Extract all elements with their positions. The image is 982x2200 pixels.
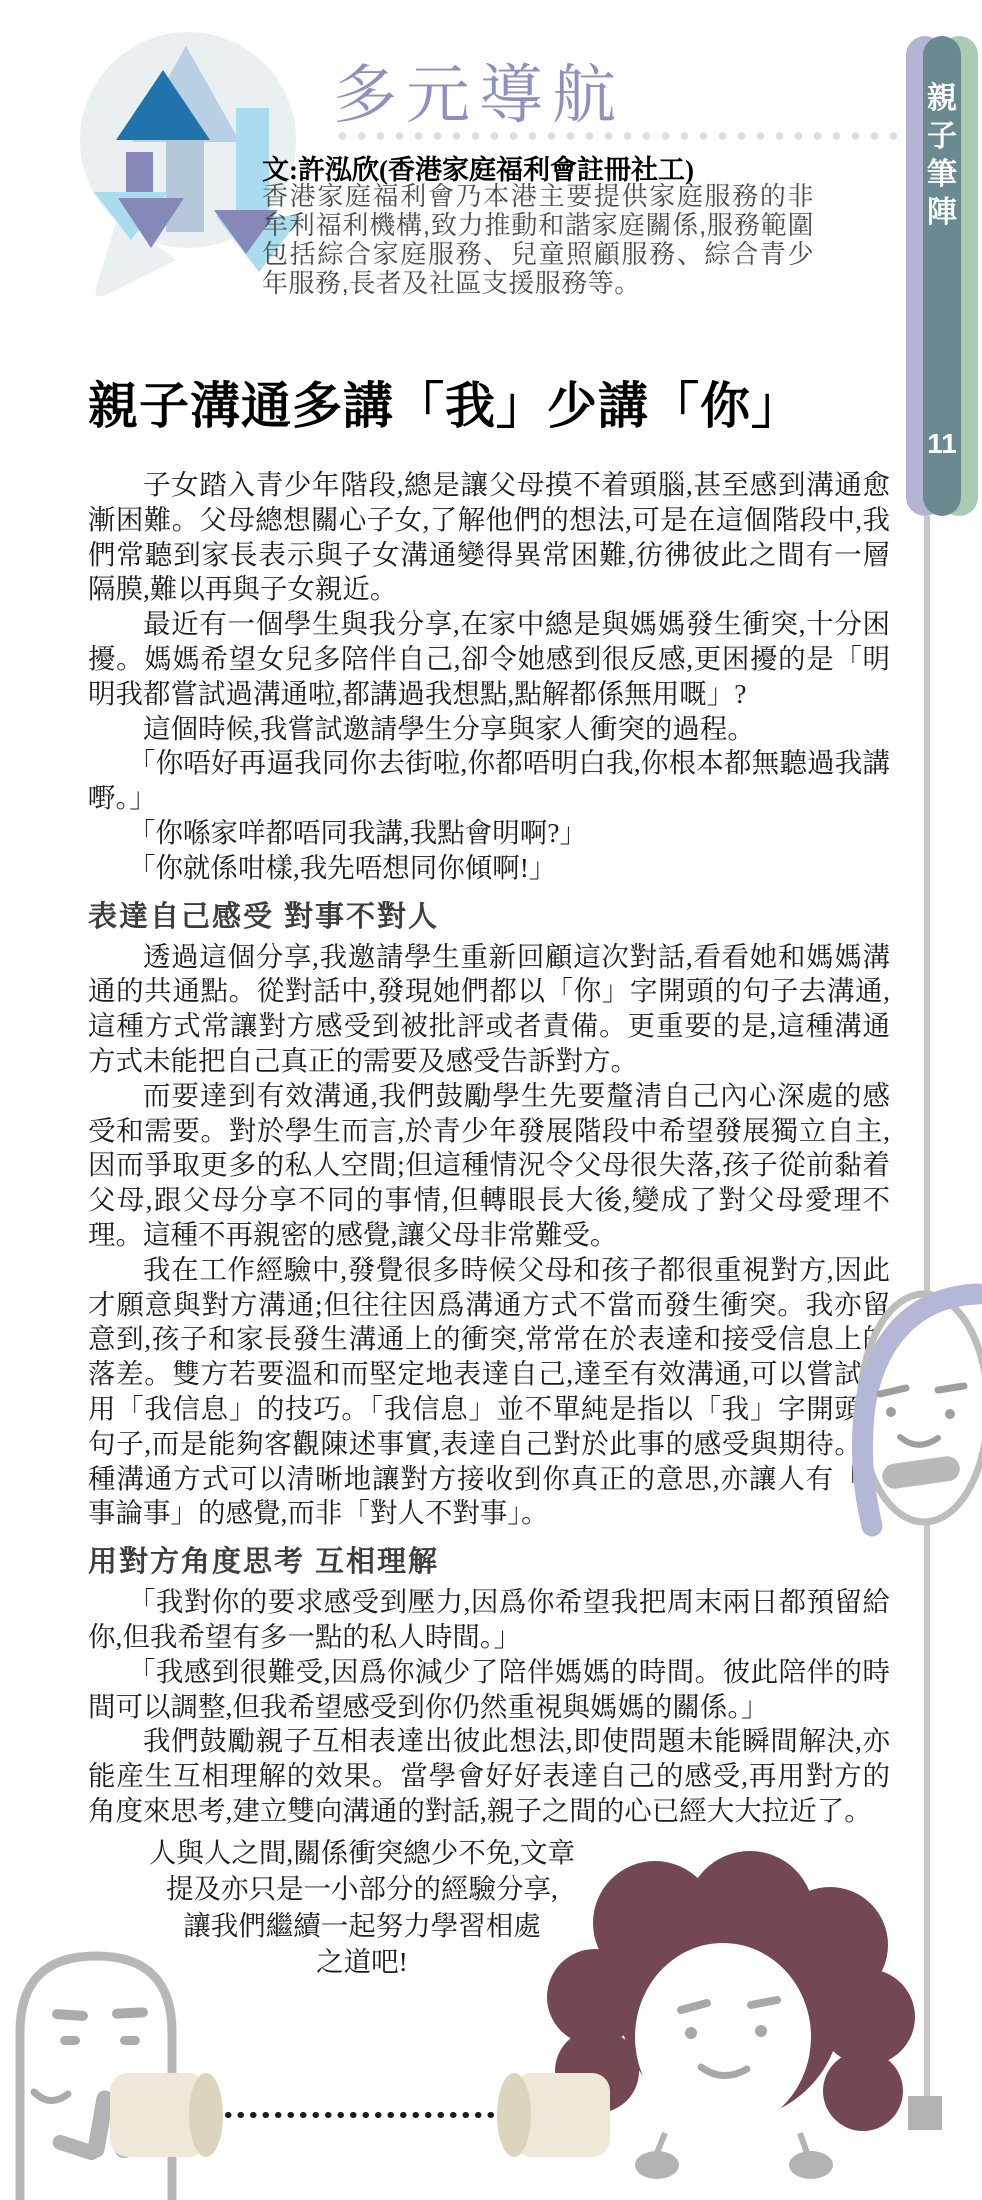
closing-line: 人與人之間,關係衝突總少不免,文章 [102, 1835, 622, 1872]
organization-description: 香港家庭福利會乃本港主要提供家庭服務的非牟利福利機構,致力推動和諧家庭關係,服務… [262, 182, 814, 298]
dialogue-quote: 「我對你的要求感受到壓力,因爲你希望我把周末兩日都預留給你,但我希望有多一點的私… [88, 1585, 890, 1655]
paragraph: 子女踏入青少年階段,總是讓父母摸不着頭腦,甚至感到溝通愈漸困難。父母總想關心子女… [88, 468, 890, 607]
paragraph: 這個時候,我嘗試邀請學生分享與家人衝突的過程。 [88, 712, 890, 747]
sidebar-tab: 親子筆陣 11 [906, 36, 978, 516]
dialogue-quote: 「我感到很難受,因爲你減少了陪伴媽媽的時間。彼此陪伴的時間可以調整,但我希望感受… [88, 1655, 890, 1725]
section-heading-2: 用對方角度思考 互相理解 [88, 1545, 890, 1579]
paragraph: 我在工作經驗中,發覺很多時候父母和孩子都很重視對方,因此才願意與對方溝通;但往往… [88, 1253, 890, 1531]
dialogue-quote: 「你唔好再逼我同你去街啦,你都唔明白我,你根本都無聽過我講嘢。」 [88, 746, 890, 816]
paragraph: 我們鼓勵親子互相表達出彼此想法,即使問題未能瞬間解決,亦能産生互相理解的效果。當… [88, 1724, 890, 1828]
article-headline: 親子溝通多講「我」少講「你」 [88, 366, 802, 438]
dialogue-quote: 「你喺家咩都唔同我講,我點會明啊?」 [88, 816, 890, 851]
newspaper-column-page: 多元導航 文:許泓欣(香港家庭福利會註冊社工) 香港家庭福利會乃本港主要提供家庭… [0, 0, 982, 2200]
closing-line: 讓我們繼續一起努力學習相處 [102, 1908, 622, 1945]
paragraph: 透過這個分享,我邀請學生重新回顧這次對話,看看她和媽媽溝通的共通點。從對話中,發… [88, 940, 890, 1079]
section-heading-1: 表達自己感受 對事不對人 [88, 900, 890, 934]
paragraph: 而要達到有效溝通,我們鼓勵學生先要釐清自己內心深處的感受和需要。對於學生而言,於… [88, 1079, 890, 1253]
dotted-divider [333, 130, 911, 142]
sidebar-column-label: 親子筆陣 [926, 80, 958, 232]
dialogue-quote: 「你就係咁樣,我先唔想同你傾啊!」 [88, 851, 890, 886]
closing-line: 提及亦只是一小部分的經驗分享, [102, 1871, 622, 1908]
hooded-mascot-icon [842, 1282, 982, 1592]
article-body: 子女踏入青少年階段,總是讓父母摸不着頭腦,甚至感到溝通愈漸困難。父母總想關心子女… [88, 468, 890, 1981]
tin-can-phone-string [100, 2055, 620, 2200]
paragraph: 最近有一個學生與我分享,在家中總是與媽媽發生衝突,十分困擾。媽媽希望女兒多陪伴自… [88, 607, 890, 711]
sidebar-page-number: 11 [906, 428, 978, 460]
column-title: 多元導航 [333, 44, 625, 136]
